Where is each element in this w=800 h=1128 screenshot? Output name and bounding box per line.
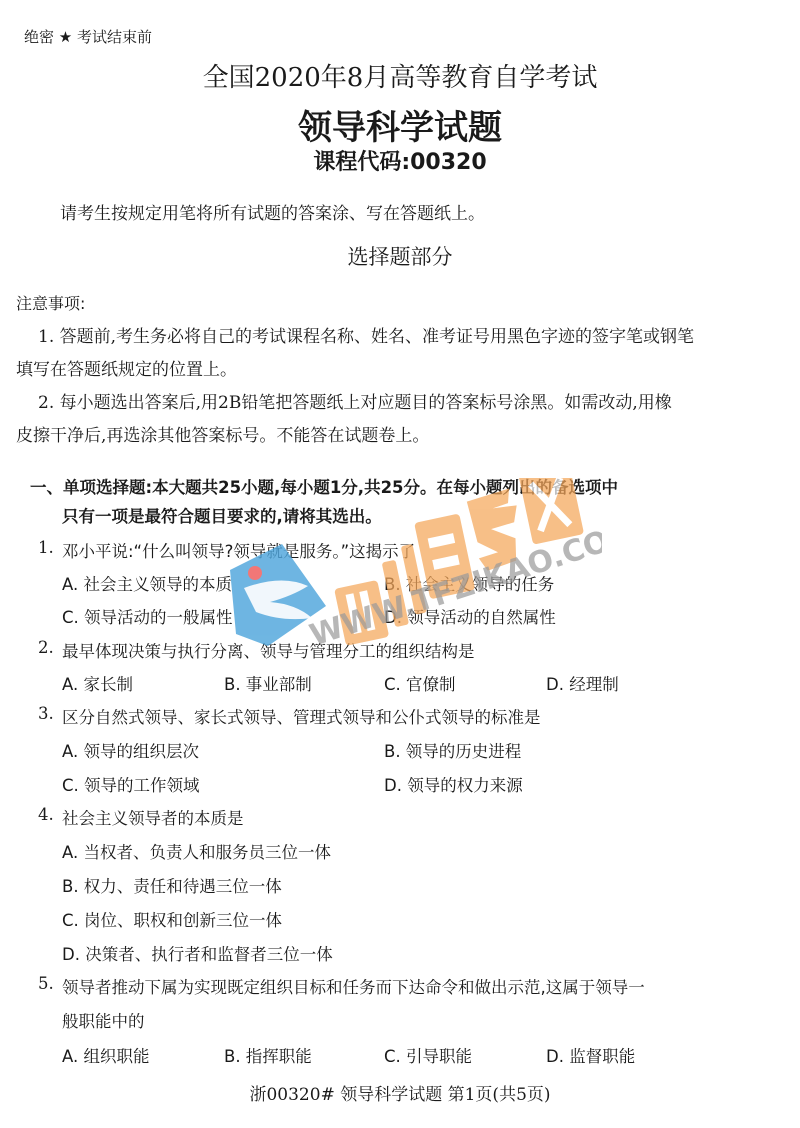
option-b: B. 社会主义领导的任务	[384, 571, 554, 595]
option-c: C. 官僚制	[384, 671, 456, 695]
exam-title: 全国2020年8月高等教育自学考试	[0, 57, 800, 94]
option-c: C. 岗位、职权和创新三位一体	[62, 907, 282, 931]
option-a: A. 当权者、负责人和服务员三位一体	[62, 839, 331, 863]
option-c: C. 领导活动的一般属性	[62, 604, 233, 628]
question-number: 5.	[38, 974, 54, 993]
confidential-label: 绝密 ★ 考试结束前	[24, 26, 152, 47]
question-number: 1.	[38, 538, 54, 557]
part-one-heading-line-2: 只有一项是最符合题目要求的,请将其选出。	[62, 503, 382, 527]
question-number: 4.	[38, 805, 54, 824]
question-text: 最早体现决策与执行分离、领导与管理分工的组织结构是	[62, 638, 475, 662]
option-c: C. 领导的工作领域	[62, 772, 200, 796]
option-a: A. 领导的组织层次	[62, 738, 199, 762]
option-d: D. 监督职能	[546, 1043, 635, 1067]
note-2-line-1: 2. 每小题选出答案后,用2B铅笔把答题纸上对应题目的答案标号涂黑。如需改动,用…	[38, 388, 672, 413]
option-b: B. 领导的历史进程	[384, 738, 521, 762]
notes-title: 注意事项:	[16, 291, 85, 314]
option-d: D. 领导的权力来源	[384, 772, 523, 796]
option-a: A. 家长制	[62, 671, 133, 695]
course-code: 课程代码:00320	[0, 145, 800, 176]
question-text: 邓小平说:“什么叫领导?领导就是服务。”这揭示了	[62, 538, 415, 562]
question-text: 社会主义领导者的本质是	[62, 805, 244, 829]
page-footer: 浙00320# 领导科学试题 第1页(共5页)	[0, 1080, 800, 1105]
note-1-line-1: 1. 答题前,考生务必将自己的考试课程名称、姓名、准考证号用黑色字迹的签字笔或钢…	[38, 322, 694, 347]
subject-title: 领导科学试题	[0, 100, 800, 149]
question-text-continued: 般职能中的	[62, 1008, 145, 1032]
note-1-line-2: 填写在答题纸规定的位置上。	[16, 355, 237, 380]
part-one-heading-line-1: 一、单项选择题:本大题共25小题,每小题1分,共25分。在每小题列出的备选项中	[30, 474, 618, 498]
option-a: A. 组织职能	[62, 1043, 150, 1067]
question-text: 区分自然式领导、家长式领导、管理式领导和公仆式领导的标准是	[62, 704, 541, 728]
option-d: D. 决策者、执行者和监督者三位一体	[62, 941, 333, 965]
answer-instruction: 请考生按规定用笔将所有试题的答案涂、写在答题纸上。	[60, 199, 485, 224]
option-b: B. 指挥职能	[224, 1043, 312, 1067]
question-number: 2.	[38, 638, 54, 657]
question-number: 3.	[38, 704, 54, 723]
note-2-line-2: 皮擦干净后,再选涂其他答案标号。不能答在试题卷上。	[16, 421, 429, 446]
option-d: D. 领导活动的自然属性	[384, 604, 556, 628]
option-a: A. 社会主义领导的本质	[62, 571, 232, 595]
option-d: D. 经理制	[546, 671, 619, 695]
option-b: B. 权力、责任和待遇三位一体	[62, 873, 282, 897]
option-b: B. 事业部制	[224, 671, 312, 695]
option-c: C. 引导职能	[384, 1043, 472, 1067]
question-text: 领导者推动下属为实现既定组织目标和任务而下达命令和做出示范,这属于领导一	[62, 974, 645, 998]
section-heading: 选择题部分	[0, 241, 800, 271]
